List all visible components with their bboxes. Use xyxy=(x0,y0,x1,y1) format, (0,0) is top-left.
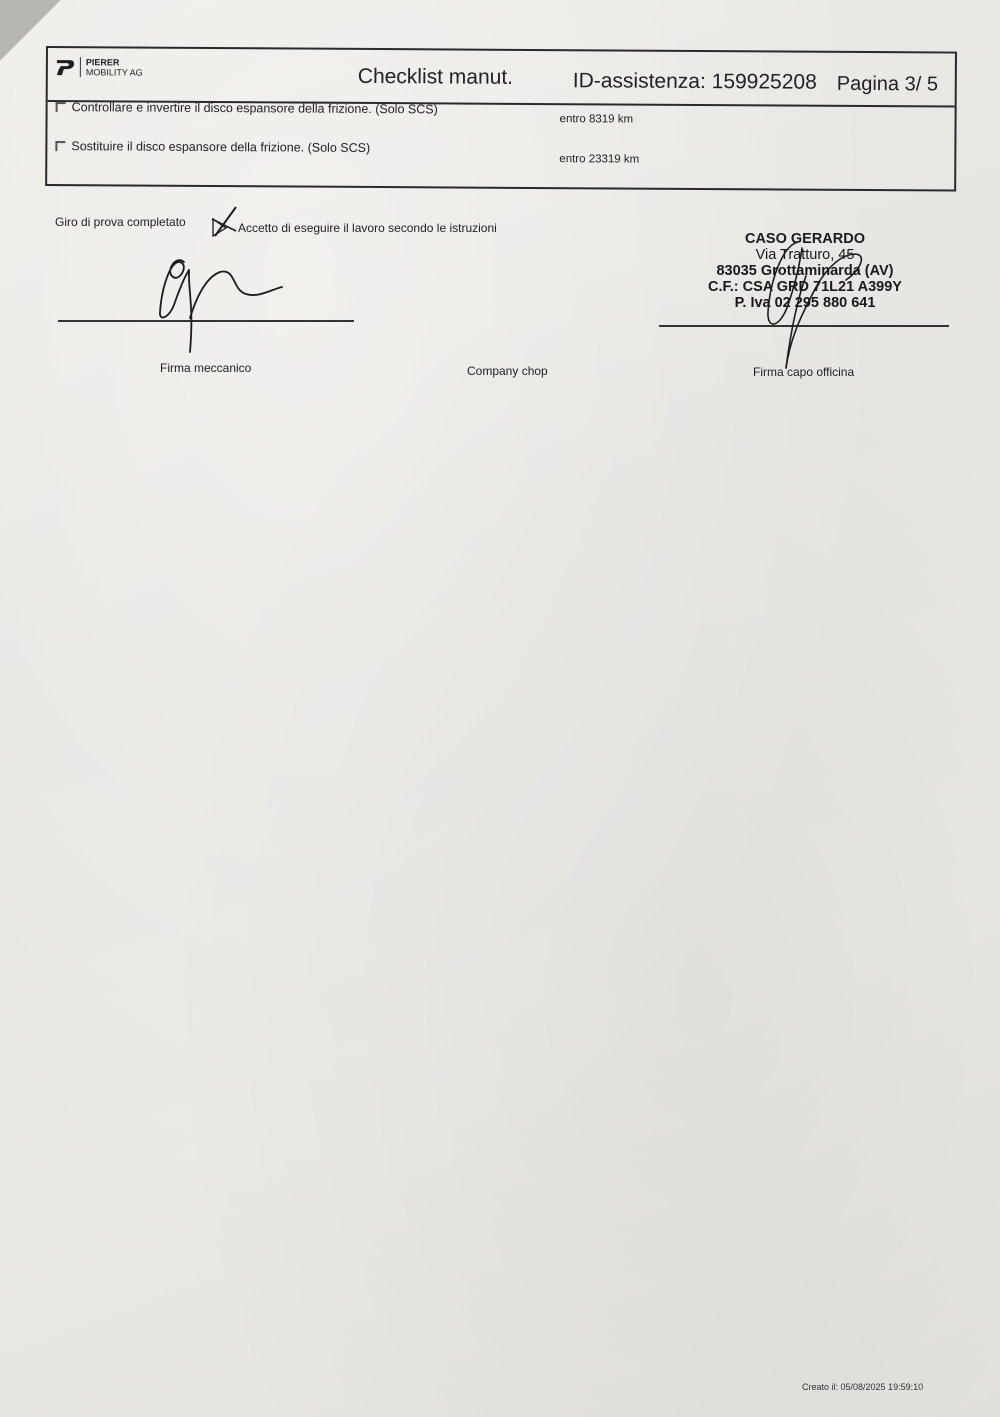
created-timestamp: Creato il: 05/08/2025 19:59:10 xyxy=(802,1382,923,1392)
handwriting-overlay xyxy=(0,0,1000,1417)
mechanic-signature xyxy=(160,260,282,352)
workshop-head-signature xyxy=(768,242,861,368)
accept-checkbox[interactable] xyxy=(212,207,236,236)
